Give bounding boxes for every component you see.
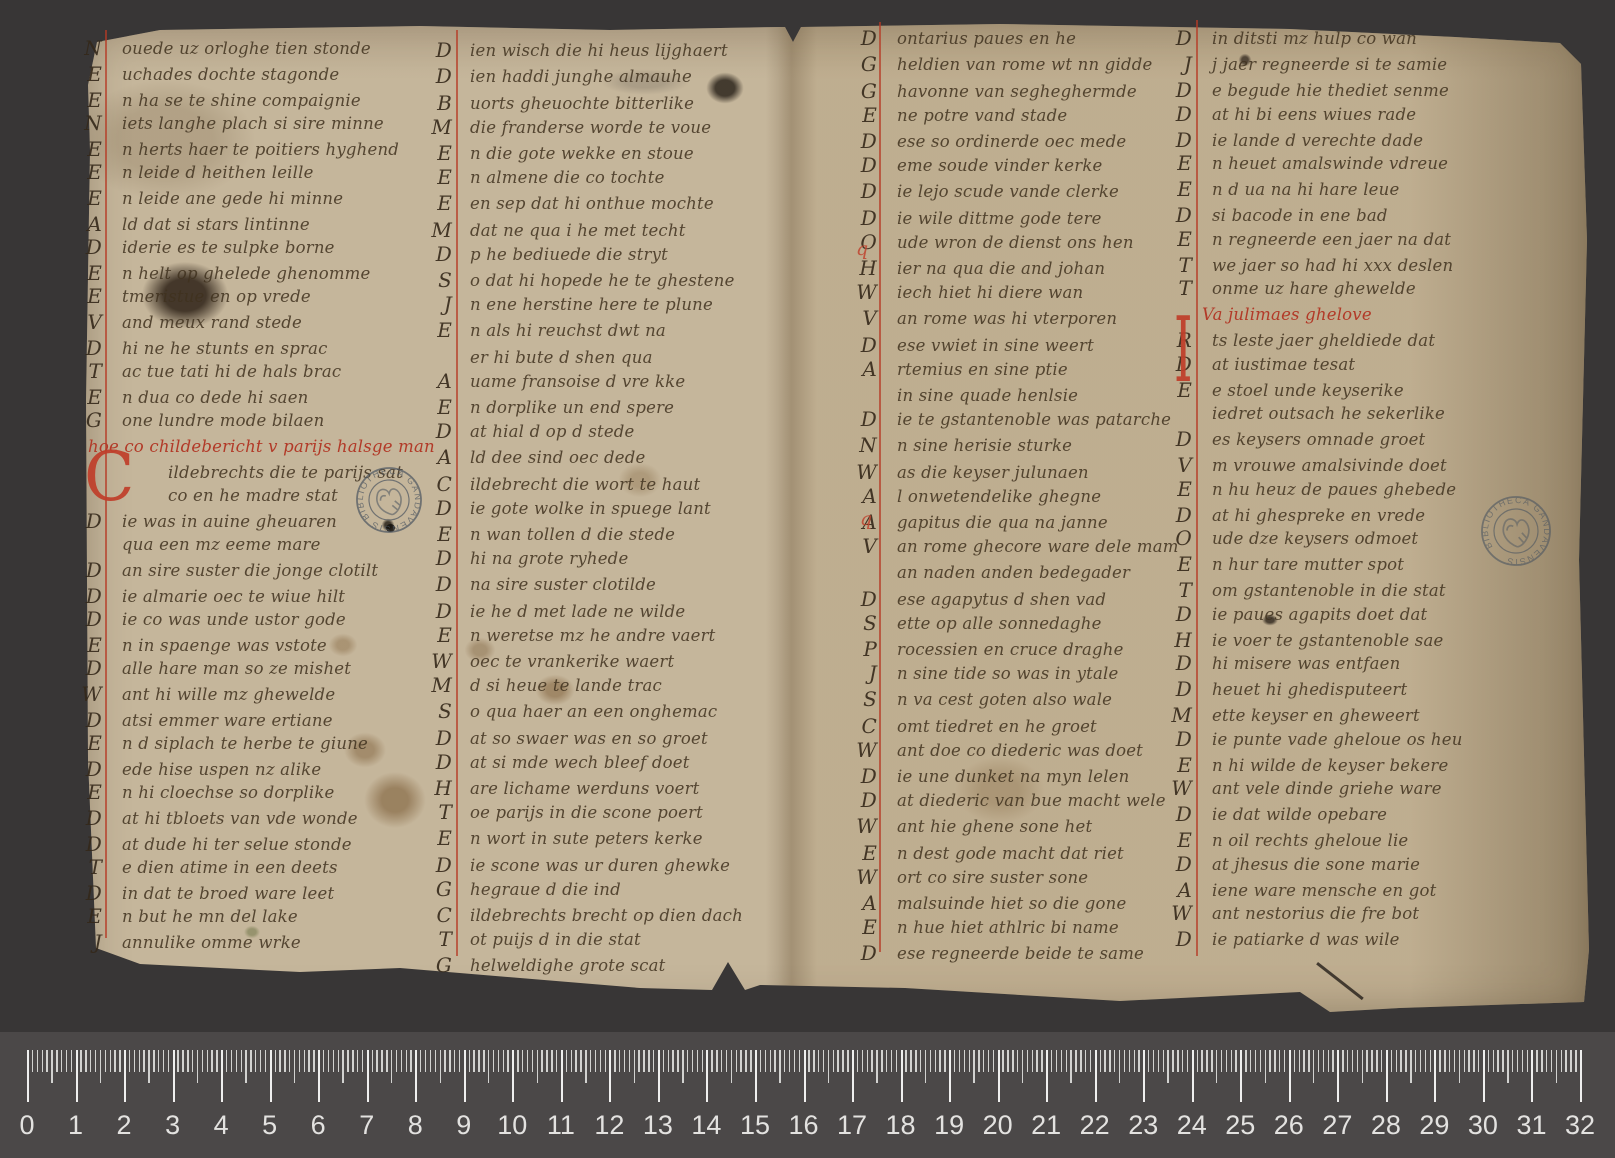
ruler-tick xyxy=(1342,1050,1343,1072)
ruler-tick xyxy=(1541,1050,1542,1072)
ruler-tick xyxy=(944,1050,945,1072)
ruler-tick xyxy=(619,1050,620,1072)
line-text: ie almarie oec te wiue hilt xyxy=(122,587,345,606)
ruler-tick xyxy=(512,1050,514,1102)
ruler-tick xyxy=(1167,1050,1168,1083)
ruler-tick xyxy=(575,1050,576,1072)
ruler-tick xyxy=(488,1050,489,1083)
line-initial: A xyxy=(70,212,102,236)
ruler-tick xyxy=(1061,1050,1062,1072)
ruler-tick xyxy=(847,1050,848,1072)
ruler-tick xyxy=(527,1050,528,1072)
ruler-tick xyxy=(551,1050,552,1072)
ruler-number: 8 xyxy=(391,1110,439,1141)
ruler-tick xyxy=(993,1050,994,1072)
ruler-tick xyxy=(1337,1050,1339,1102)
ruler-number: 11 xyxy=(537,1110,585,1141)
line-initial: W xyxy=(845,280,877,304)
manuscript-photo: Nouede uz orloghe tien stondeEuchades do… xyxy=(0,0,1615,1158)
ruler-tick xyxy=(493,1050,494,1072)
ruler-tick xyxy=(236,1050,237,1072)
line-initial: J xyxy=(420,292,452,316)
ruler-tick xyxy=(954,1050,955,1072)
ruler-tick xyxy=(1226,1050,1227,1072)
ruler-tick xyxy=(920,1050,921,1072)
ruler-tick xyxy=(289,1050,290,1072)
ruler-tick xyxy=(1347,1050,1348,1072)
ruler-tick xyxy=(959,1050,960,1072)
line-text: as die keyser julunaen xyxy=(897,463,1089,482)
ruler-tick xyxy=(323,1050,324,1072)
line-text: n regneerde een jaer na dat xyxy=(1212,230,1451,249)
ruler-tick xyxy=(362,1050,363,1072)
line-text: ac tue tati hi de hals brac xyxy=(122,362,341,381)
ruler-tick xyxy=(1376,1050,1377,1072)
line-text: e stoel unde keyserike xyxy=(1212,381,1404,400)
ruler-tick xyxy=(459,1050,460,1072)
line-text: rocessien en cruce draghe xyxy=(897,640,1124,659)
ruler-tick xyxy=(80,1050,81,1072)
ruler-tick xyxy=(609,1050,611,1102)
ruler-tick xyxy=(896,1050,897,1072)
ruler-tick xyxy=(677,1050,678,1072)
line-text: ie he d met lade ne wilde xyxy=(470,602,685,621)
ruler-number: 12 xyxy=(585,1110,633,1141)
line-text: hegraue d die ind xyxy=(470,880,621,899)
ruler-tick xyxy=(663,1050,664,1072)
ruler-tick xyxy=(1381,1050,1382,1072)
ruler-tick xyxy=(580,1050,581,1072)
ruler-tick xyxy=(1041,1050,1042,1072)
ruler-tick xyxy=(1308,1050,1309,1072)
line-text: n hi cloechse so dorplike xyxy=(122,783,335,802)
ruler-tick xyxy=(765,1050,766,1072)
ruler-number: 15 xyxy=(731,1110,779,1141)
line-text: rtemius en sine ptie xyxy=(897,360,1068,379)
ruler-tick xyxy=(1561,1050,1562,1072)
ruler-tick xyxy=(1434,1050,1436,1102)
line-initial: D xyxy=(70,757,102,781)
line-text: ude wron de dienst ons hen xyxy=(897,233,1134,252)
ruler-tick xyxy=(818,1050,819,1072)
ruler-number: 16 xyxy=(780,1110,828,1141)
ruler-tick xyxy=(1468,1050,1469,1072)
line-initial: D xyxy=(70,558,102,582)
ruler-tick xyxy=(1478,1050,1479,1072)
ruler-tick xyxy=(90,1050,91,1072)
ruler-tick xyxy=(658,1050,660,1102)
ruler-tick xyxy=(1158,1050,1159,1072)
ruler-tick xyxy=(668,1050,669,1072)
stamp-lion-emblem xyxy=(1497,512,1535,550)
line-initial: D xyxy=(70,336,102,360)
line-initial: T xyxy=(420,800,452,824)
ruler-tick xyxy=(935,1050,936,1072)
line-initial: D xyxy=(1160,802,1192,826)
line-initial: E xyxy=(70,633,102,657)
ruler-tick xyxy=(711,1050,712,1072)
line-text: dat ne qua i he met techt xyxy=(470,221,686,240)
ruler-tick xyxy=(648,1050,649,1072)
ruler-tick xyxy=(1032,1050,1033,1072)
ruler-tick xyxy=(799,1050,800,1072)
line-initial: E xyxy=(420,191,452,215)
ruler-tick xyxy=(804,1050,806,1102)
line-initial: E xyxy=(1160,177,1192,201)
ruler-tick xyxy=(1260,1050,1261,1072)
line-text: and meux rand stede xyxy=(122,313,302,332)
ruler-tick xyxy=(1172,1050,1173,1072)
ruling-line-col4 xyxy=(1196,20,1198,956)
ruler-tick xyxy=(706,1050,708,1102)
line-text: ette op alle sonnedaghe xyxy=(897,614,1102,633)
line-text: at si mde wech bleef doet xyxy=(470,753,690,772)
red-initial-col4: I xyxy=(1174,306,1192,396)
line-initial: D xyxy=(70,881,102,905)
ruler-tick xyxy=(1328,1050,1329,1072)
line-text: n ha se te shine compaignie xyxy=(122,91,361,110)
ruler-number: 28 xyxy=(1362,1110,1410,1141)
ruler-tick xyxy=(333,1050,334,1072)
ruler-tick xyxy=(1070,1050,1071,1083)
line-initial: G xyxy=(845,79,877,103)
ruler-tick xyxy=(503,1050,504,1072)
ruler-tick xyxy=(1536,1050,1537,1072)
ruler-tick xyxy=(1056,1050,1057,1072)
line-initial: D xyxy=(420,242,452,266)
line-initial: D xyxy=(420,750,452,774)
ruler-tick xyxy=(1119,1050,1120,1083)
ruler-tick xyxy=(1036,1050,1037,1072)
ruler-tick xyxy=(1371,1050,1372,1072)
ruler-tick xyxy=(202,1050,203,1072)
ruler-tick xyxy=(1265,1050,1266,1083)
line-initial: V xyxy=(1160,453,1192,477)
ruler-tick xyxy=(823,1050,824,1072)
ruler-tick xyxy=(464,1050,466,1102)
ruler-tick xyxy=(1289,1050,1291,1102)
line-text: onme uz hare ghewelde xyxy=(1212,279,1416,298)
line-text: ant doe co diederic was doet xyxy=(897,741,1143,760)
ruler-tick xyxy=(541,1050,542,1072)
line-initial: J xyxy=(845,661,877,685)
ruler-tick xyxy=(915,1050,916,1072)
line-text: eme soude vinder kerke xyxy=(897,156,1103,175)
line-text: n but he mn del lake xyxy=(122,907,298,926)
line-text: ie voer te gstantenoble sae xyxy=(1212,631,1443,650)
ruler-number: 0 xyxy=(3,1110,51,1141)
ruler-tick xyxy=(571,1050,572,1072)
line-initial: E xyxy=(70,160,102,184)
ruler-tick xyxy=(726,1050,727,1072)
line-initial: W xyxy=(420,649,452,673)
ruler-number: 30 xyxy=(1459,1110,1507,1141)
ruler-tick xyxy=(1522,1050,1523,1072)
ruler-tick xyxy=(1017,1050,1018,1072)
ruler-tick xyxy=(949,1050,951,1102)
ruler-tick xyxy=(789,1050,790,1072)
line-initial: D xyxy=(845,407,877,431)
line-initial: D xyxy=(70,584,102,608)
ruler-tick xyxy=(100,1050,101,1083)
line-initial: D xyxy=(420,572,452,596)
ruler-tick xyxy=(1240,1050,1242,1102)
line-initial: D xyxy=(845,333,877,357)
ruler-tick xyxy=(1206,1050,1207,1072)
line-initial: D xyxy=(420,599,452,623)
ruler-tick xyxy=(1400,1050,1401,1072)
line-text: n leide d heithen leille xyxy=(122,163,314,182)
line-text: om gstantenoble in die stat xyxy=(1212,581,1446,600)
ruler-tick xyxy=(1124,1050,1125,1072)
ruler-tick xyxy=(192,1050,193,1072)
line-initial: T xyxy=(1160,253,1192,277)
line-initial: V xyxy=(845,306,877,330)
ruler-tick xyxy=(37,1050,38,1072)
line-text: heuet hi ghedisputeert xyxy=(1212,680,1407,699)
ruler-tick xyxy=(449,1050,450,1072)
line-initial: G xyxy=(70,408,102,432)
ruler-tick xyxy=(1201,1050,1202,1072)
ruler-tick xyxy=(1415,1050,1416,1072)
ruler-tick xyxy=(750,1050,751,1072)
line-text: n hur tare mutter spot xyxy=(1212,555,1404,574)
ruler-tick xyxy=(828,1050,829,1083)
line-initial: H xyxy=(420,776,452,800)
ruler-tick xyxy=(1216,1050,1217,1083)
ruler-tick xyxy=(444,1050,445,1072)
ruler-tick xyxy=(372,1050,373,1072)
ruler-tick xyxy=(1177,1050,1178,1072)
line-initial: G xyxy=(845,52,877,76)
line-initial: W xyxy=(845,865,877,889)
line-text: oe parijs in die scone poert xyxy=(470,803,703,822)
ruler-number: 26 xyxy=(1265,1110,1313,1141)
line-initial: E xyxy=(70,137,102,161)
ruler-tick xyxy=(498,1050,499,1072)
line-text: ede hise uspen nz alike xyxy=(122,760,321,779)
line-initial: E xyxy=(1160,151,1192,175)
ruler-tick xyxy=(1002,1050,1003,1072)
ruler-tick xyxy=(1231,1050,1232,1072)
ruler-tick xyxy=(740,1050,741,1072)
ruler-tick xyxy=(1085,1050,1086,1072)
line-text: hi na grote ryhede xyxy=(470,549,628,568)
ruler-tick xyxy=(304,1050,305,1072)
ruler-tick xyxy=(983,1050,984,1072)
line-initial: D xyxy=(420,64,452,88)
ruler-tick xyxy=(1197,1050,1198,1072)
ruler-tick xyxy=(755,1050,757,1102)
line-initial: D xyxy=(1160,727,1192,751)
line-initial: D xyxy=(420,419,452,443)
line-initial: D xyxy=(845,587,877,611)
line-text: iedret outsach he sekerlike xyxy=(1212,404,1445,423)
ruler-tick xyxy=(1551,1050,1552,1072)
line-initial: D xyxy=(845,129,877,153)
ruler-tick xyxy=(745,1050,746,1072)
line-text: ant hi wille mz ghewelde xyxy=(122,685,335,704)
line-text: iets langhe plach si sire minne xyxy=(122,114,384,133)
line-text: ese vwiet in sine weert xyxy=(897,336,1094,355)
line-text: m vrouwe amalsivinde doet xyxy=(1212,456,1447,475)
ruler-tick xyxy=(770,1050,771,1072)
line-text: helweldighe grote scat xyxy=(470,956,665,975)
ruler-tick xyxy=(964,1050,965,1072)
line-initial: D xyxy=(1160,852,1192,876)
ruler-tick xyxy=(241,1050,242,1072)
line-initial: E xyxy=(1160,227,1192,251)
ruler-tick xyxy=(517,1050,518,1072)
ruler-tick xyxy=(255,1050,256,1072)
line-initial: J xyxy=(1160,52,1192,76)
line-text: at diederic van bue macht wele xyxy=(897,791,1166,810)
ruler-tick xyxy=(969,1050,970,1072)
ruler-tick xyxy=(794,1050,795,1072)
ruler-tick xyxy=(736,1050,737,1072)
line-text: iech hiet hi diere wan xyxy=(897,283,1083,302)
line-initial: N xyxy=(70,36,102,60)
ruler-tick xyxy=(1391,1050,1392,1072)
line-text: heldien van rome wt nn gidde xyxy=(897,55,1152,74)
ruler-tick xyxy=(139,1050,140,1072)
line-text: j jaer regneerde si te samie xyxy=(1212,55,1447,74)
line-text: at hi ghespreke en vrede xyxy=(1212,506,1425,525)
ruler-tick xyxy=(430,1050,431,1072)
line-initial: D xyxy=(1160,602,1192,626)
ruler-tick xyxy=(842,1050,843,1072)
ruler-tick xyxy=(1459,1050,1460,1083)
ruler-number: 25 xyxy=(1216,1110,1264,1141)
line-initial: A xyxy=(845,891,877,915)
line-text: are lichame werduns voert xyxy=(470,779,700,798)
ruler-tick xyxy=(56,1050,57,1072)
ruler-tick xyxy=(85,1050,86,1072)
ruler-tick xyxy=(250,1050,251,1072)
ruler-tick xyxy=(1430,1050,1431,1072)
line-text: ier na qua die and johan xyxy=(897,259,1105,278)
ruler-tick xyxy=(294,1050,295,1083)
ruler-tick xyxy=(784,1050,785,1072)
ruler-tick xyxy=(1454,1050,1455,1072)
ruler-tick xyxy=(299,1050,300,1072)
line-text: n d siplach te herbe te giune xyxy=(122,734,368,753)
line-text: l onwetendelike ghegne xyxy=(897,487,1101,506)
ruler-tick xyxy=(478,1050,479,1072)
line-text: ontarius paues en he xyxy=(897,29,1076,48)
ruler-tick xyxy=(1294,1050,1295,1072)
ruler-tick xyxy=(158,1050,159,1072)
line-initial: T xyxy=(70,359,102,383)
line-initial: D xyxy=(1160,927,1192,951)
line-text: ude dze keysers odmoet xyxy=(1212,529,1418,548)
ruler-tick xyxy=(634,1050,635,1083)
line-text: ie lande d verechte dade xyxy=(1212,131,1423,150)
line-text: co en he madre stat xyxy=(168,486,338,505)
ruler-number: 31 xyxy=(1507,1110,1555,1141)
line-text: n oil rechts gheloue lie xyxy=(1212,831,1408,850)
line-initial: D xyxy=(70,806,102,830)
ruler-tick xyxy=(1250,1050,1251,1072)
line-text: ie was in auine gheuaren xyxy=(122,512,337,531)
line-initial: E xyxy=(420,522,452,546)
ruler-tick xyxy=(245,1050,246,1083)
line-initial: A xyxy=(420,369,452,393)
ruler-tick xyxy=(420,1050,421,1072)
line-initial: O xyxy=(1160,526,1192,550)
ruler-number: 5 xyxy=(246,1110,294,1141)
line-text: n dorplike un end spere xyxy=(470,398,674,417)
line-text: si bacode in ene bad xyxy=(1212,206,1388,225)
line-text: n leide ane gede hi minne xyxy=(122,189,343,208)
ruler-number: 14 xyxy=(682,1110,730,1141)
paraph-mark: q xyxy=(856,238,868,260)
ruler-tick xyxy=(1138,1050,1139,1072)
ruler-tick xyxy=(1284,1050,1285,1072)
ruler-tick xyxy=(42,1050,43,1072)
ruler-tick xyxy=(1007,1050,1008,1072)
ruler-tick xyxy=(46,1050,47,1072)
ruler-tick xyxy=(1362,1050,1363,1083)
line-initial: E xyxy=(420,623,452,647)
ruler-tick xyxy=(1235,1050,1236,1072)
ruler-tick xyxy=(308,1050,309,1072)
ruler-number: 19 xyxy=(925,1110,973,1141)
line-initial: E xyxy=(70,284,102,308)
line-text: omt tiedret en he groet xyxy=(897,717,1097,736)
ruler-number: 3 xyxy=(149,1110,197,1141)
ruler-tick xyxy=(1027,1050,1028,1072)
line-text: die franderse worde te voue xyxy=(470,118,711,137)
line-initial: S xyxy=(845,611,877,635)
line-text: n hue hiet athlric bi name xyxy=(897,918,1119,937)
line-initial: E xyxy=(70,62,102,86)
ruler-tick xyxy=(1527,1050,1528,1072)
ruler-tick xyxy=(1090,1050,1091,1072)
line-initial: D xyxy=(1160,128,1192,152)
ruler-number: 27 xyxy=(1313,1110,1361,1141)
ruler-tick xyxy=(1303,1050,1304,1072)
line-text: n weretse mz he andre vaert xyxy=(470,626,716,645)
line-initial: E xyxy=(70,88,102,112)
ruler-tick xyxy=(833,1050,834,1072)
ruler-tick xyxy=(1464,1050,1465,1072)
line-initial: D xyxy=(845,206,877,230)
ruler-tick xyxy=(406,1050,407,1072)
line-text: n helt op ghelede ghenomme xyxy=(122,264,371,283)
ruler-tick xyxy=(376,1050,377,1072)
line-text: ese so ordinerde oec mede xyxy=(897,132,1126,151)
line-text: o dat hi hopede he te ghestene xyxy=(470,271,735,290)
line-initial: D xyxy=(1160,427,1192,451)
ruler-tick xyxy=(1497,1050,1498,1072)
ruler-tick xyxy=(410,1050,411,1072)
paraph-mark: q xyxy=(860,508,872,530)
line-initial: E xyxy=(1160,828,1192,852)
ruler-tick xyxy=(51,1050,52,1083)
line-text: ne potre vand stade xyxy=(897,106,1067,125)
ruler-tick xyxy=(284,1050,285,1072)
ruler-tick xyxy=(386,1050,387,1072)
line-text: ant nestorius die fre bot xyxy=(1212,904,1419,923)
line-text: havonne van segheghermde xyxy=(897,82,1137,101)
ruler-tick xyxy=(532,1050,533,1072)
ruler-tick xyxy=(27,1050,29,1102)
ruler-tick xyxy=(774,1050,775,1072)
line-text: ld dee sind oec dede xyxy=(470,448,645,467)
ruler-tick xyxy=(507,1050,508,1072)
line-initial: D xyxy=(1160,651,1192,675)
